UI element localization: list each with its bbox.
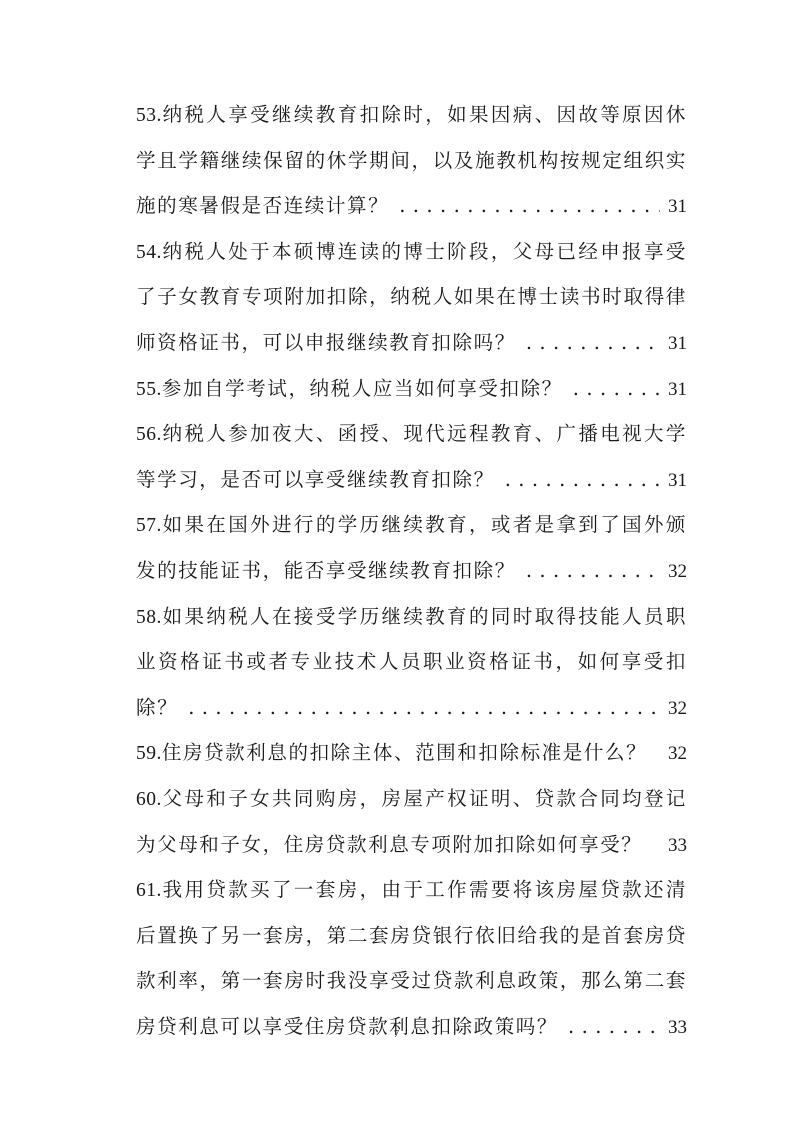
toc-page: 53.纳税人享受继续教育扣除时，如果因病、因故等原因休 学且学籍继续保留的休学期… bbox=[136, 92, 687, 1049]
entry-text: 参加自学考试，纳税人应当如何享受扣除？ bbox=[162, 377, 563, 400]
dot-leader bbox=[178, 685, 660, 731]
toc-line-last: 59.住房贷款利息的扣除主体、范围和扣除标准是什么？32 bbox=[136, 730, 687, 776]
dot-leader bbox=[516, 548, 660, 594]
toc-line: 56.纳税人参加夜大、函授、现代远程教育、广播电视大学 bbox=[136, 411, 687, 457]
entry-number: 58. bbox=[136, 607, 162, 628]
toc-line: 了子女教育专项附加扣除，纳税人如果在博士读书时取得律 bbox=[136, 274, 687, 320]
entry-text: 业资格证书或者专业技术人员职业资格证书，如何享受扣 bbox=[136, 650, 687, 673]
entry-number: 61. bbox=[136, 880, 162, 901]
entry-text: 施的寒暑假是否连续计算？ bbox=[136, 183, 389, 229]
toc-line-last: 发的技能证书，能否享受继续教育扣除？32 bbox=[136, 548, 687, 594]
entry-number: 59. bbox=[136, 743, 162, 764]
page-ref: 33 bbox=[660, 823, 687, 868]
entry-text: 等学习，是否可以享受继续教育扣除？ bbox=[136, 457, 495, 503]
dot-leader bbox=[495, 457, 660, 503]
toc-line-last: 为父母和子女，住房贷款利息专项附加扣除如何享受？33 bbox=[136, 822, 687, 868]
toc-line: 54.纳税人处于本硕博连读的博士阶段，父母已经申报享受 bbox=[136, 229, 687, 275]
entry-text: 我用贷款买了一套房，由于工作需要将该房屋贷款还清 bbox=[162, 878, 687, 901]
toc-line: 60.父母和子女共同购房，房屋产权证明、贷款合同均登记 bbox=[136, 776, 687, 822]
toc-line: 学且学籍继续保留的休学期间，以及施教机构按规定组织实 bbox=[136, 138, 687, 184]
toc-entry-60[interactable]: 60.父母和子女共同购房，房屋产权证明、贷款合同均登记 为父母和子女，住房贷款利… bbox=[136, 776, 687, 867]
entry-text: 发的技能证书，能否享受继续教育扣除？ bbox=[136, 548, 516, 594]
entry-text: 如果在国外进行的学历继续教育，或者是拿到了国外颁 bbox=[162, 513, 687, 536]
toc-line: 后置换了另一套房，第二套房贷银行依旧给我的是首套房贷 bbox=[136, 913, 687, 959]
toc-line-last: 等学习，是否可以享受继续教育扣除？31 bbox=[136, 457, 687, 503]
toc-line-last: 55.参加自学考试，纳税人应当如何享受扣除？31 bbox=[136, 366, 687, 412]
toc-entry-57[interactable]: 57.如果在国外进行的学历继续教育，或者是拿到了国外颁 发的技能证书，能否享受继… bbox=[136, 502, 687, 593]
toc-line-last: 除？32 bbox=[136, 685, 687, 731]
dot-leader bbox=[563, 366, 660, 412]
toc-line-last: 施的寒暑假是否连续计算？31 bbox=[136, 183, 687, 229]
entry-number: 57. bbox=[136, 515, 162, 536]
toc-entry-59[interactable]: 59.住房贷款利息的扣除主体、范围和扣除标准是什么？32 bbox=[136, 730, 687, 776]
toc-entry-54[interactable]: 54.纳税人处于本硕博连读的博士阶段，父母已经申报享受 了子女教育专项附加扣除，… bbox=[136, 229, 687, 366]
entry-number: 55. bbox=[136, 379, 162, 400]
entry-text: 后置换了另一套房，第二套房贷银行依旧给我的是首套房贷 bbox=[136, 924, 687, 947]
page-ref: 31 bbox=[660, 367, 687, 412]
entry-number: 53. bbox=[136, 105, 162, 126]
toc-line: 款利率，第一套房时我没享受过贷款利息政策，那么第二套 bbox=[136, 958, 687, 1004]
page-ref: 32 bbox=[660, 549, 687, 594]
toc-entry-53[interactable]: 53.纳税人享受继续教育扣除时，如果因病、因故等原因休 学且学籍继续保留的休学期… bbox=[136, 92, 687, 229]
entry-text: 纳税人参加夜大、函授、现代远程教育、广播电视大学 bbox=[162, 422, 687, 445]
toc-line: 57.如果在国外进行的学历继续教育，或者是拿到了国外颁 bbox=[136, 502, 687, 548]
entry-text: 如果纳税人在接受学历继续教育的同时取得技能人员职 bbox=[162, 605, 687, 628]
entry-text: 纳税人享受继续教育扣除时，如果因病、因故等原因休 bbox=[162, 103, 687, 126]
toc-line-last: 师资格证书，可以申报继续教育扣除吗？31 bbox=[136, 320, 687, 366]
toc-entry-58[interactable]: 58.如果纳税人在接受学历继续教育的同时取得技能人员职 业资格证书或者专业技术人… bbox=[136, 594, 687, 731]
entry-text: 房贷利息可以享受住房贷款利息扣除政策吗？ bbox=[136, 1004, 558, 1050]
entry-text: 款利率，第一套房时我没享受过贷款利息政策，那么第二套 bbox=[136, 969, 687, 992]
toc-line-last: 房贷利息可以享受住房贷款利息扣除政策吗？33 bbox=[136, 1004, 687, 1050]
dot-leader bbox=[558, 1004, 660, 1050]
entry-number: 54. bbox=[136, 242, 162, 263]
entry-text: 为父母和子女，住房贷款利息专项附加扣除如何享受？ bbox=[136, 822, 642, 868]
page-ref: 32 bbox=[660, 686, 687, 731]
page-ref: 31 bbox=[660, 321, 687, 366]
entry-text: 学且学籍继续保留的休学期间，以及施教机构按规定组织实 bbox=[136, 149, 687, 172]
toc-line: 业资格证书或者专业技术人员职业资格证书，如何享受扣 bbox=[136, 639, 687, 685]
toc-line: 53.纳税人享受继续教育扣除时，如果因病、因故等原因休 bbox=[136, 92, 687, 138]
entry-text: 师资格证书，可以申报继续教育扣除吗？ bbox=[136, 320, 516, 366]
dot-leader bbox=[389, 183, 660, 229]
entry-number: 56. bbox=[136, 424, 162, 445]
toc-entry-61[interactable]: 61.我用贷款买了一套房，由于工作需要将该房屋贷款还清 后置换了另一套房，第二套… bbox=[136, 867, 687, 1049]
entry-text: 父母和子女共同购房，房屋产权证明、贷款合同均登记 bbox=[162, 787, 687, 810]
entry-text: 除？ bbox=[136, 685, 178, 731]
entry-text: 住房贷款利息的扣除主体、范围和扣除标准是什么？ bbox=[162, 741, 647, 764]
page-ref: 31 bbox=[660, 458, 687, 503]
toc-line: 61.我用贷款买了一套房，由于工作需要将该房屋贷款还清 bbox=[136, 867, 687, 913]
page-ref: 31 bbox=[660, 184, 687, 229]
toc-line: 58.如果纳税人在接受学历继续教育的同时取得技能人员职 bbox=[136, 594, 687, 640]
entry-number: 60. bbox=[136, 789, 162, 810]
page-number: 7 bbox=[0, 1028, 793, 1040]
dot-leader bbox=[516, 320, 660, 366]
toc-entry-55[interactable]: 55.参加自学考试，纳税人应当如何享受扣除？31 bbox=[136, 366, 687, 412]
toc-entry-56[interactable]: 56.纳税人参加夜大、函授、现代远程教育、广播电视大学 等学习，是否可以享受继续… bbox=[136, 411, 687, 502]
entry-text: 纳税人处于本硕博连读的博士阶段，父母已经申报享受 bbox=[162, 240, 687, 263]
entry-text: 了子女教育专项附加扣除，纳税人如果在博士读书时取得律 bbox=[136, 285, 687, 308]
page-ref: 32 bbox=[660, 731, 687, 776]
